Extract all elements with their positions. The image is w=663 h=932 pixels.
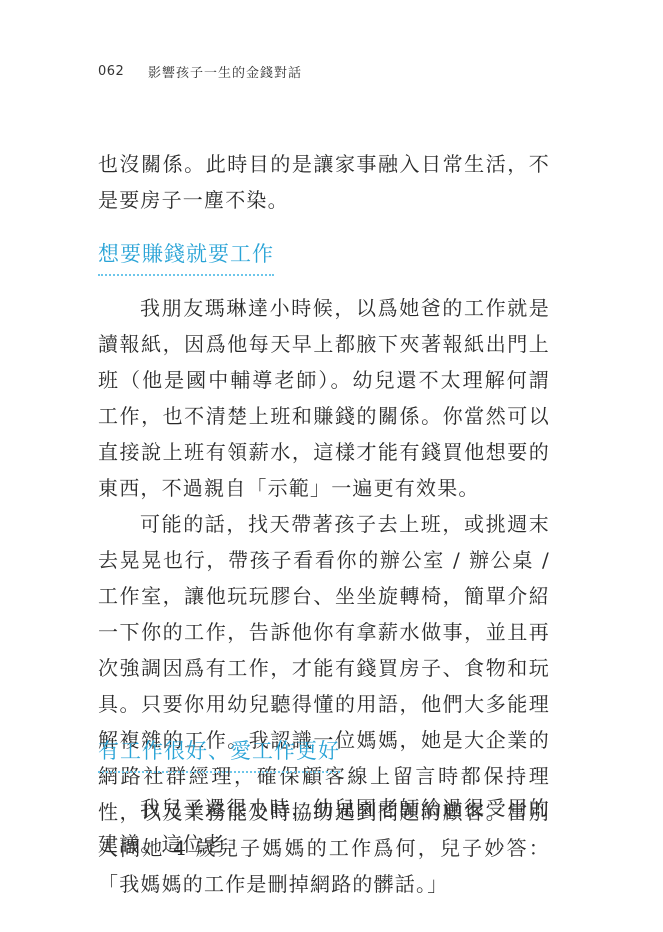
section2-paragraph-1: 我兒子還很小時，幼兒園老師給過很受用的建議。這位老 [98,790,550,862]
section1-paragraph-1: 我朋友瑪琳達小時候，以爲她爸的工作就是讀報紙，因爲他每天早上都腋下夾著報紙出門上… [98,290,550,506]
section-heading-love-work: 有工作很好、愛工作更好 [98,735,340,773]
book-title: 影響孩子一生的金錢對話 [148,62,302,81]
page-number: 062 [98,64,148,79]
section-heading-earn-money: 想要賺錢就要工作 [98,238,274,276]
intro-text-block: 也沒關係。此時目的是讓家事融入日常生活，不是要房子一塵不染。 [98,146,550,218]
intro-paragraph: 也沒關係。此時目的是讓家事融入日常生活，不是要房子一塵不染。 [98,146,550,218]
section2-text-block: 我兒子還很小時，幼兒園老師給過很受用的建議。這位老 [98,790,550,862]
running-header: 062 影響孩子一生的金錢對話 [98,62,302,81]
